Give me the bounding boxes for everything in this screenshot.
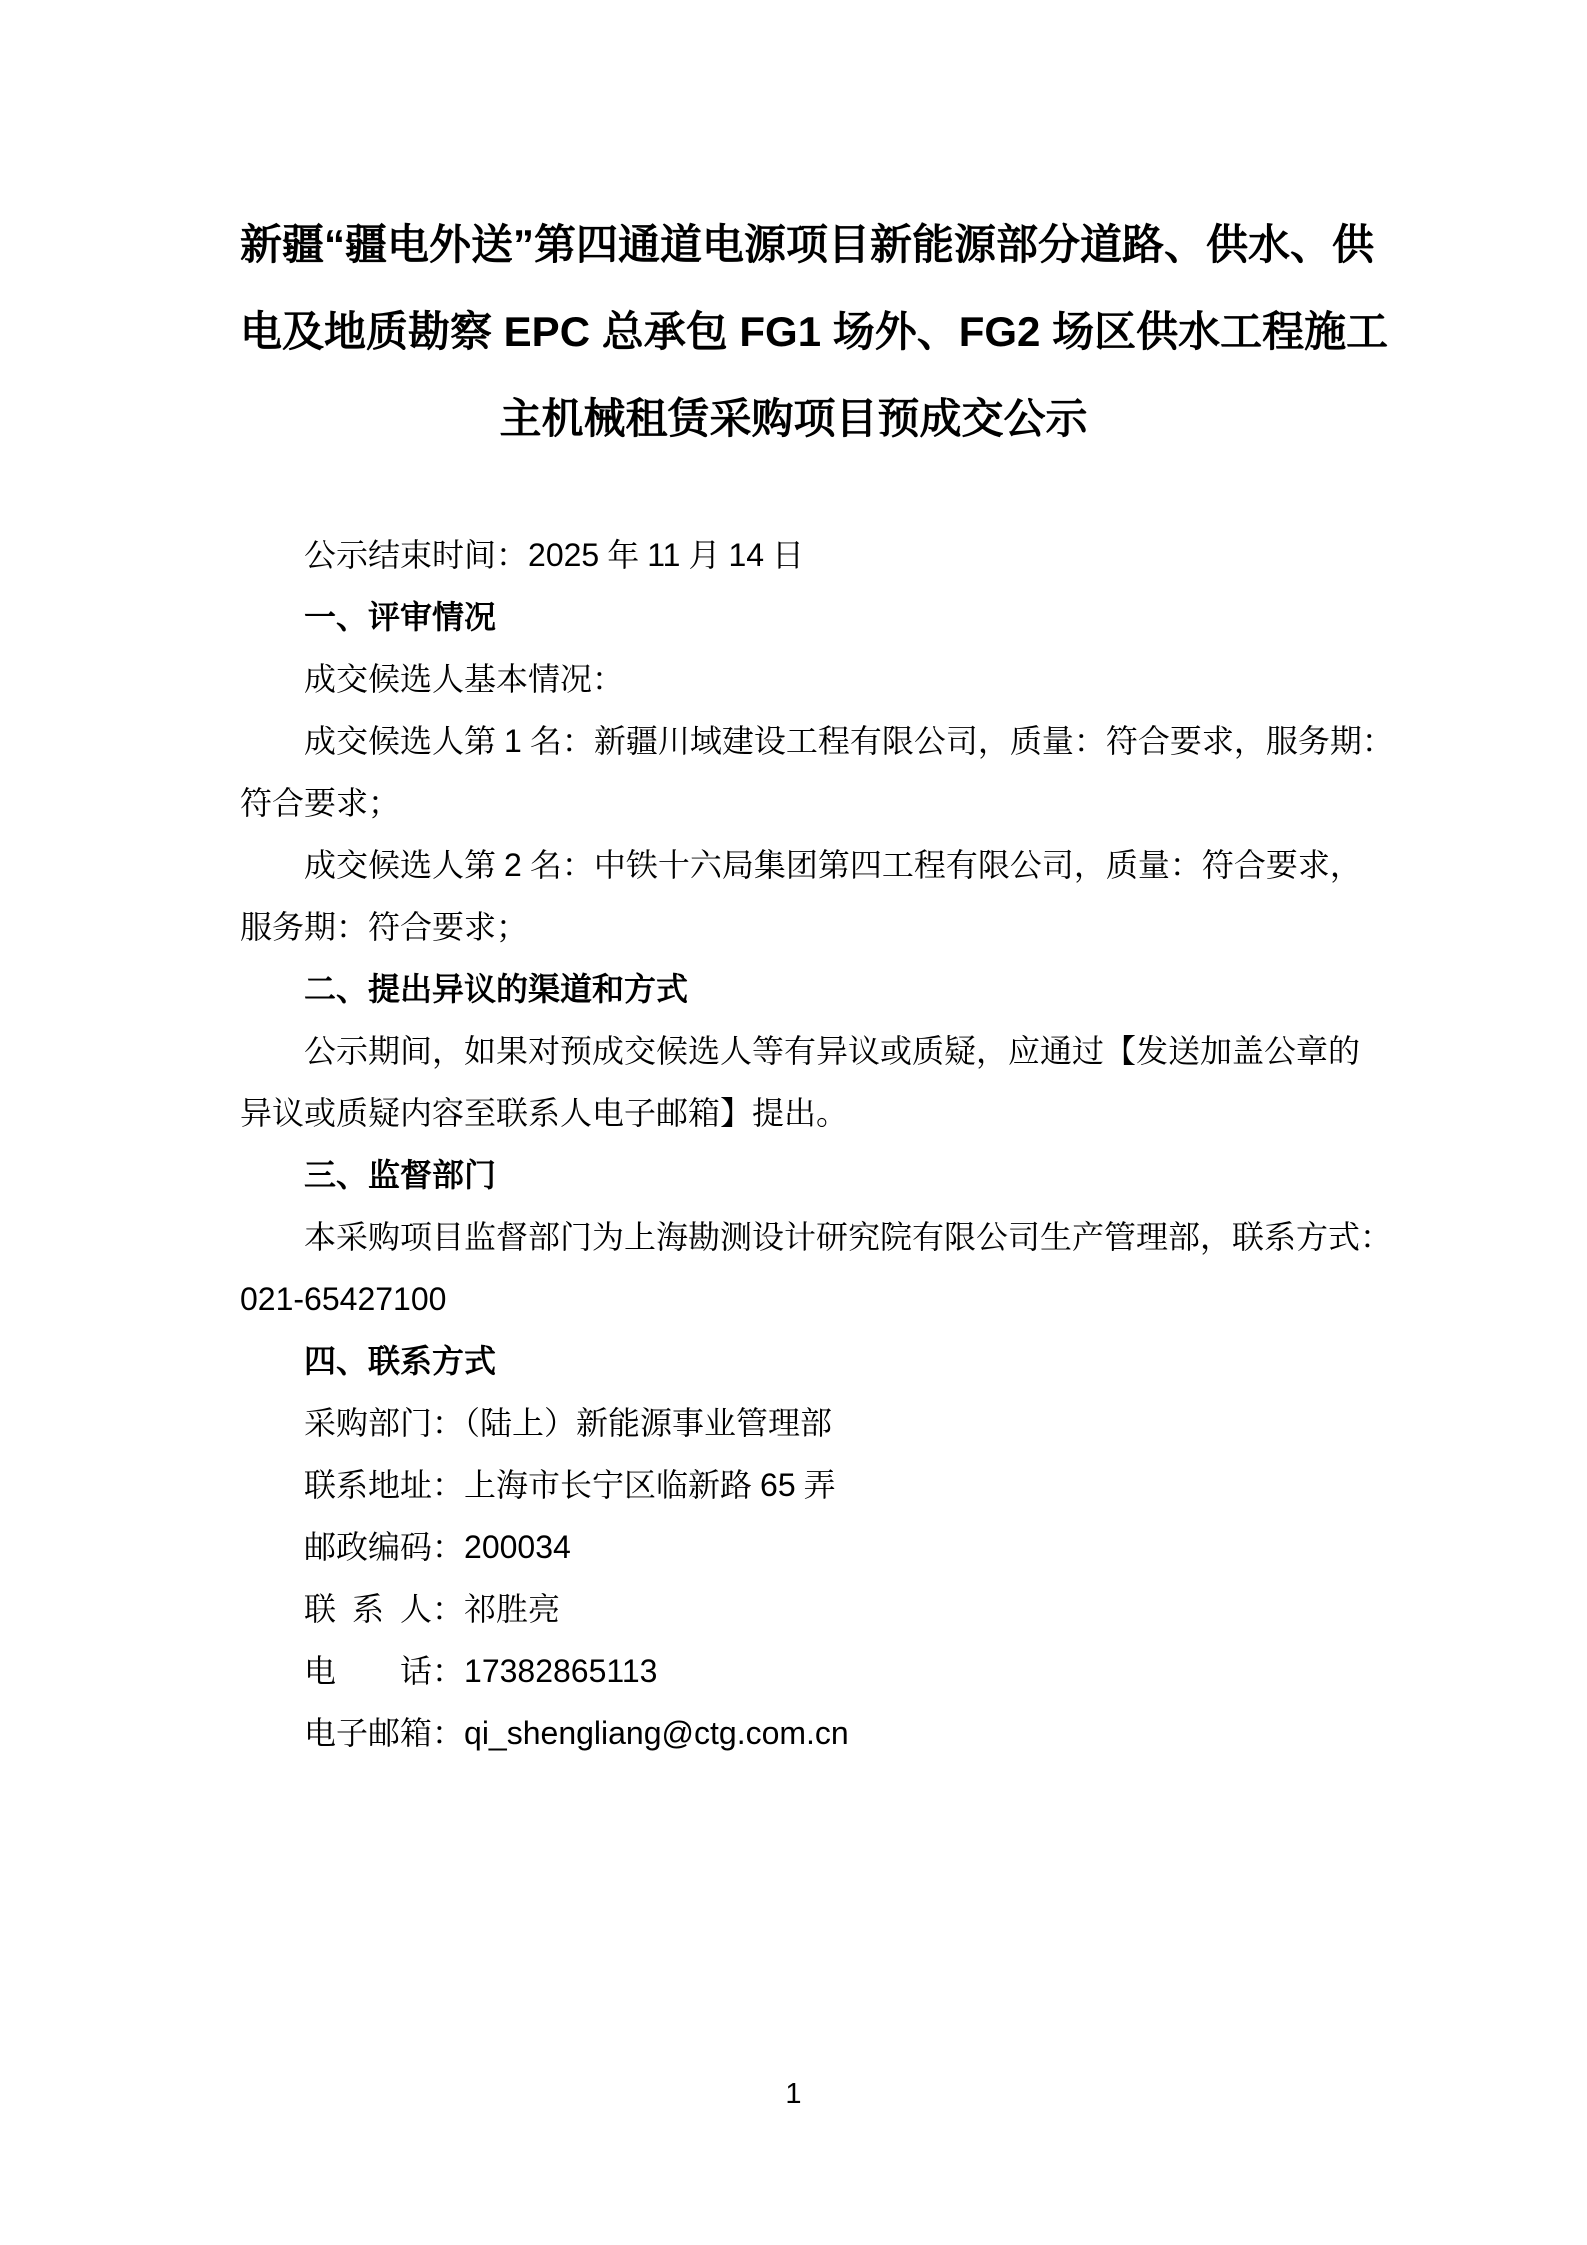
- email-line: 电子邮箱：qi_shengliang@ctg.com.cn: [240, 1702, 1347, 1764]
- candidates-basic-info-line: 成交候选人基本情况：: [240, 648, 1347, 710]
- candidate-2-line: 成交候选人第 2 名：中铁十六局集团第四工程有限公司，质量：符合要求，: [240, 834, 1347, 896]
- candidate-1-continuation-line: 符合要求；: [240, 772, 1347, 834]
- title-line-1: 新疆“疆电外送”第四通道电源项目新能源部分道路、供水、供: [240, 201, 1347, 288]
- section-heading-3-supervision: 三、监督部门: [240, 1144, 1347, 1206]
- candidate-2-continuation-line: 服务期：符合要求；: [240, 896, 1347, 958]
- contact-person-line: 联 系 人：祁胜亮: [240, 1578, 1347, 1640]
- supervision-department-line: 本采购项目监督部门为上海勘测设计研究院有限公司生产管理部，联系方式：: [240, 1206, 1347, 1268]
- supervision-phone-line: 021-65427100: [240, 1268, 1347, 1330]
- procurement-department-line: 采购部门：（陆上）新能源事业管理部: [240, 1392, 1347, 1454]
- contact-address-line: 联系地址：上海市长宁区临新路 65 弄: [240, 1454, 1347, 1516]
- objection-paragraph-line-1: 公示期间，如果对预成交候选人等有异议或质疑，应通过【发送加盖公章的: [240, 1020, 1347, 1082]
- page-number: 1: [0, 2073, 1587, 2115]
- objection-paragraph-line-2: 异议或质疑内容至联系人电子邮箱】提出。: [240, 1082, 1347, 1144]
- title-line-3: 主机械租赁采购项目预成交公示: [240, 375, 1347, 462]
- section-heading-4-contact: 四、联系方式: [240, 1330, 1347, 1392]
- document-page: 新疆“疆电外送”第四通道电源项目新能源部分道路、供水、供 电及地质勘察 EPC …: [0, 0, 1587, 2245]
- section-heading-2-objection: 二、提出异议的渠道和方式: [240, 958, 1347, 1020]
- candidate-1-line: 成交候选人第 1 名：新疆川域建设工程有限公司，质量：符合要求，服务期：: [240, 710, 1347, 772]
- section-heading-1-review: 一、评审情况: [240, 586, 1347, 648]
- document-body: 公示结束时间：2025 年 11 月 14 日 一、评审情况 成交候选人基本情况…: [240, 524, 1347, 1764]
- postal-code-line: 邮政编码：200034: [240, 1516, 1347, 1578]
- publicity-end-time-line: 公示结束时间：2025 年 11 月 14 日: [240, 524, 1347, 586]
- telephone-line: 电 话：17382865113: [240, 1640, 1347, 1702]
- title-line-2: 电及地质勘察 EPC 总承包 FG1 场外、FG2 场区供水工程施工: [240, 288, 1347, 375]
- document-title: 新疆“疆电外送”第四通道电源项目新能源部分道路、供水、供 电及地质勘察 EPC …: [240, 201, 1347, 462]
